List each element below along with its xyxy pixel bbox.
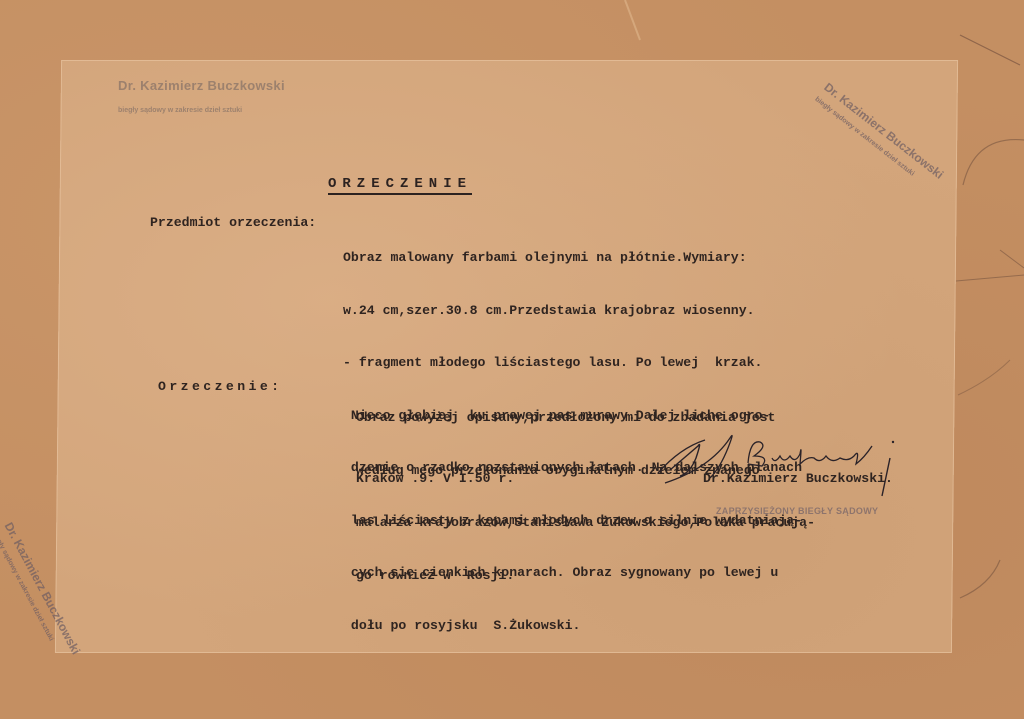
- letterhead-stamp: Dr. Kazimierz Buczkowski biegły sądowy w…: [118, 78, 285, 114]
- expert-stamp: ZAPRZYSIĘŻONY BIEGŁY SĄDOWY: [716, 506, 878, 516]
- opinion-label: Orzeczenie:: [158, 378, 282, 396]
- handwritten-signature: [650, 428, 910, 498]
- signatory-name: Dr.Kazimierz Buczkowski.: [703, 470, 893, 488]
- letterhead-name: Dr. Kazimierz Buczkowski: [118, 78, 285, 93]
- place-date: Kraków .9. V I.50 r.: [356, 470, 514, 488]
- letterhead-subtitle: biegły sądowy w zakresie dzieł sztuki: [118, 107, 285, 114]
- text-line: w.24 cm,szer.30.8 cm.Przedstawia krajobr…: [343, 302, 802, 320]
- text-line: Obraz powyżej opisany,przedłożony mi do …: [356, 409, 815, 427]
- document-title: ORZECZENIE: [328, 176, 472, 195]
- text-line: Obraz malowany farbami olejnymi na płótn…: [343, 249, 802, 267]
- subject-label: Przedmiot orzeczenia:: [150, 214, 316, 232]
- text-line: go również w Rosji.: [356, 567, 815, 585]
- text-line: dołu po rosyjsku S.Żukowski.: [343, 617, 802, 635]
- text-line: - fragment młodego liściastego lasu. Po …: [343, 354, 802, 372]
- text-line: malarza krajobrazów,Stanisława Żukowskie…: [356, 514, 815, 532]
